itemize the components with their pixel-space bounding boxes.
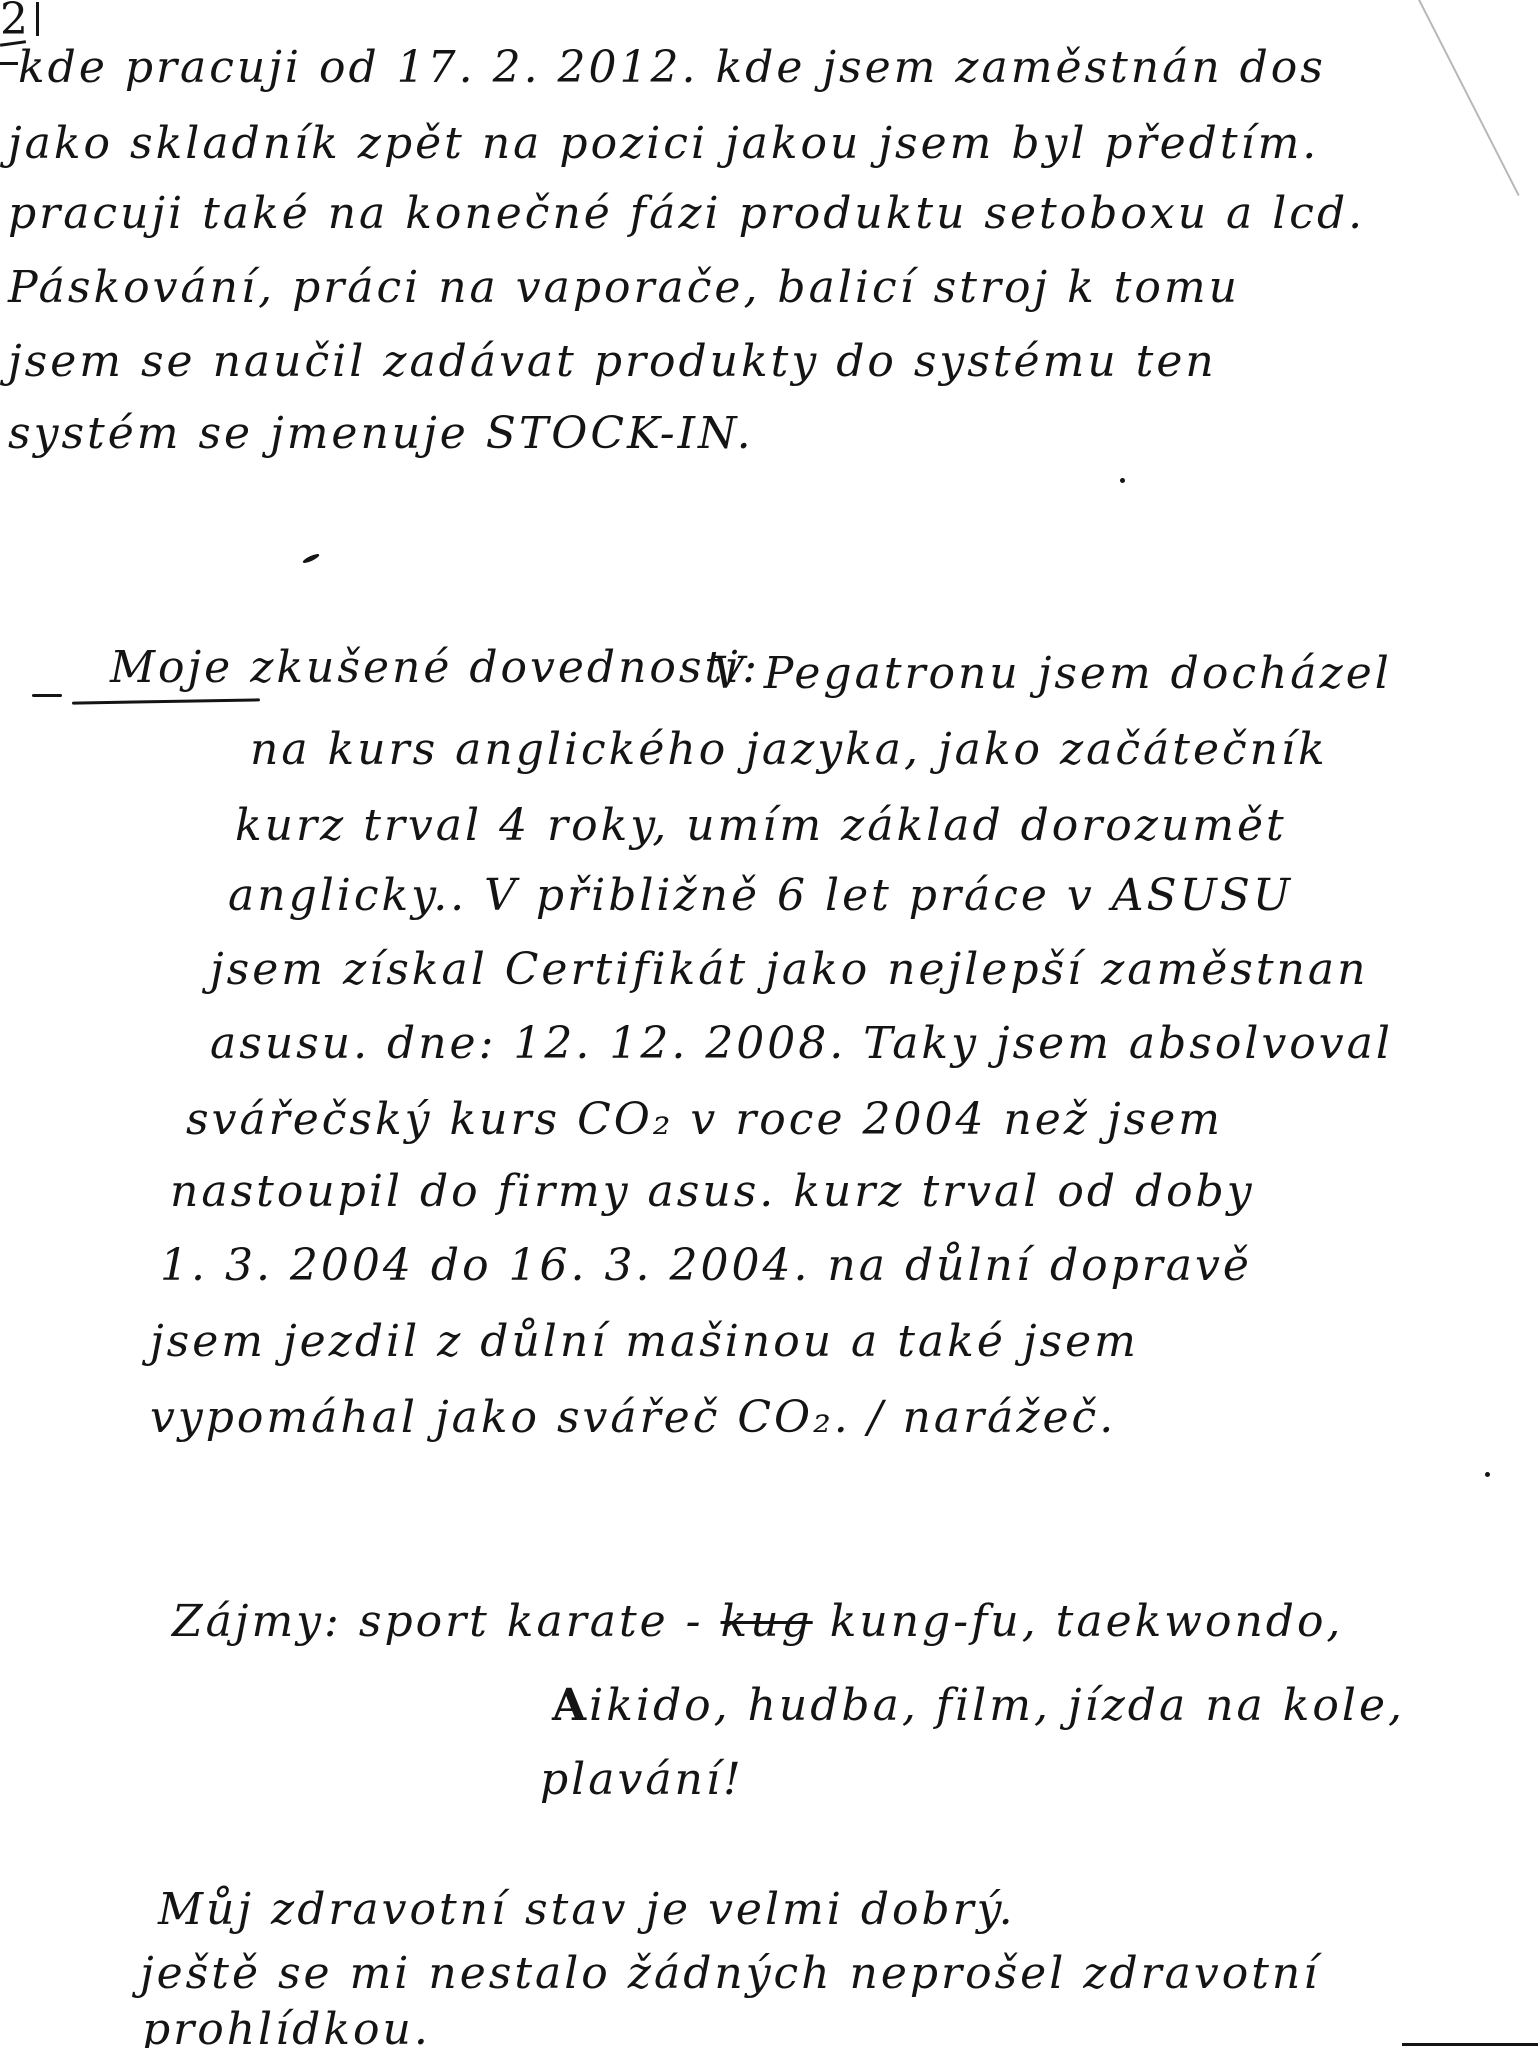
interests-text: ikido, hudba, film, jízda na kole, [589, 1680, 1405, 1731]
skills-line: nastoupil do firmy asus. kurz trval od d… [170, 1166, 1255, 1217]
heading-underline [72, 698, 260, 704]
intro-line: systém se jmenuje STOCK-IN. [8, 408, 754, 459]
overwritten-letter: A [552, 1680, 589, 1731]
intro-line: kde pracuji od 17. 2. 2012. kde jsem zam… [18, 42, 1326, 93]
skills-line: V Pegatronu jsem docházel [712, 648, 1392, 699]
interests-line-3: plavání! [540, 1754, 744, 1805]
paper-fold-line [1418, 0, 1520, 196]
skills-line: svářečský kurs CO₂ v roce 2004 než jsem [186, 1094, 1223, 1145]
skills-line: asusu. dne: 12. 12. 2008. Taky jsem abso… [210, 1018, 1393, 1069]
health-line: ještě se mi nestalo žádných neprošel zdr… [140, 1948, 1320, 1999]
skills-line: vypomáhal jako svářeč CO₂. / narážeč. [150, 1392, 1116, 1443]
skills-line: kurz trval 4 roky, umím základ dorozumět [235, 800, 1287, 851]
health-line: Můj zdravotní stav je velmi dobrý. [158, 1884, 1016, 1935]
interests-line-1: Zájmy: sport karate - kug kung-fu, taekw… [172, 1596, 1343, 1647]
skills-line: na kurs anglického jazyka, jako začátečn… [250, 724, 1328, 775]
interests-line-2: Aikido, hudba, film, jízda na kole, [552, 1680, 1405, 1731]
interests-label: Zájmy: [172, 1596, 342, 1647]
page-number: 2 [0, 0, 28, 45]
skills-heading: Moje zkušené dovednosti: [110, 642, 760, 693]
intro-line: Páskování, práci na vaporače, balicí str… [8, 262, 1240, 313]
skills-line: jsem jezdil z důlní mašinou a také jsem [150, 1316, 1139, 1367]
skills-line: anglicky.. V přibližně 6 let práce v ASU… [228, 870, 1293, 921]
margin-mark-dash [0, 62, 18, 65]
bottom-edge-line [1402, 2043, 1538, 2046]
intro-line: jsem se naučil zadávat produkty do systé… [8, 336, 1217, 387]
skills-line: 1. 3. 2004 do 16. 3. 2004. na důlní dopr… [160, 1240, 1252, 1291]
interests-text: sport karate - [359, 1596, 704, 1647]
ink-smudge [302, 552, 320, 564]
ink-speck [1485, 1472, 1490, 1477]
scanned-handwritten-page: 2 kde pracuji od 17. 2. 2012. kde jsem z… [0, 0, 1538, 2048]
skills-line: jsem získal Certifikát jako nejlepší zam… [210, 944, 1368, 995]
heading-underline-dash [32, 694, 62, 697]
page-number-bracket [36, 2, 39, 36]
health-line: prohlídkou. [142, 2004, 431, 2048]
interests-text: kung-fu, taekwondo, [830, 1596, 1344, 1647]
struck-out-word: kug [721, 1596, 813, 1647]
skills-heading-text: Moje zkušené dovednosti [110, 642, 742, 693]
intro-line: pracuji také na konečné fázi produktu se… [8, 188, 1365, 239]
ink-speck [1120, 478, 1125, 483]
intro-line: jako skladník zpět na pozici jakou jsem … [8, 118, 1319, 169]
